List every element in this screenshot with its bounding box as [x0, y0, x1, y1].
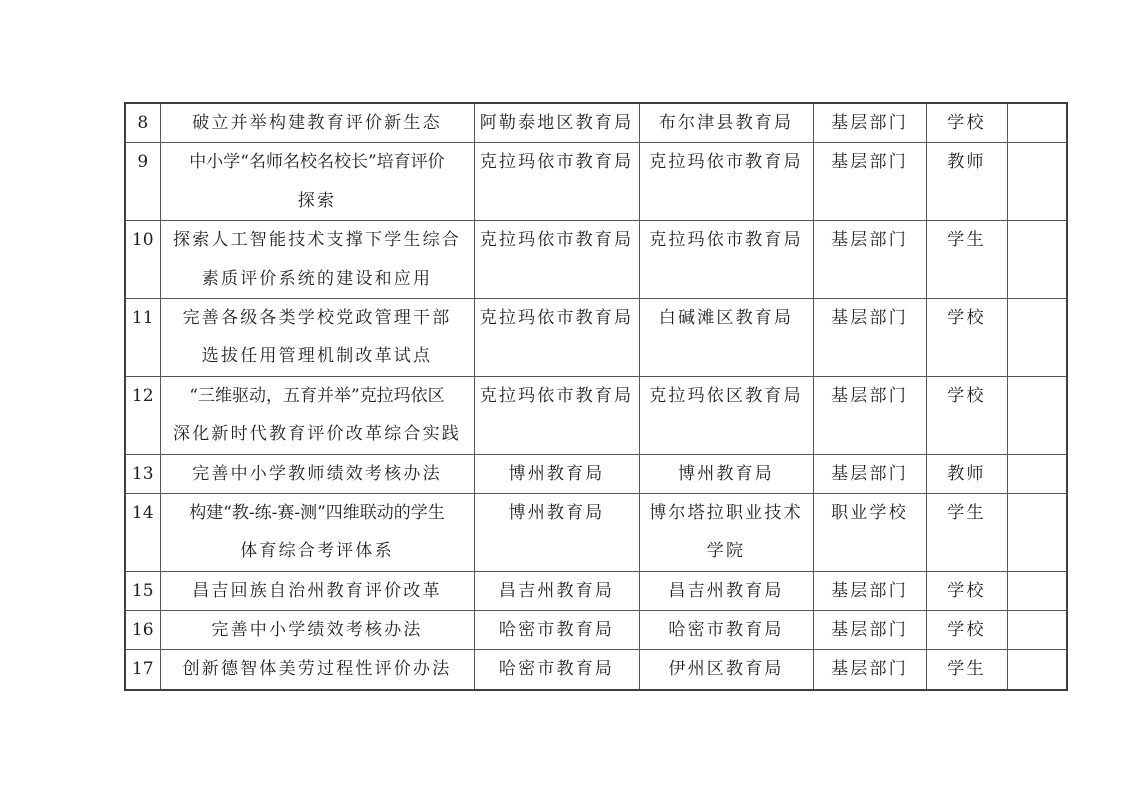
project-name-cell: 昌吉回族自治州教育评价改革 [160, 571, 474, 610]
row-number-cell: 8 [125, 103, 160, 143]
cell-text-line: 教师 [927, 143, 1007, 181]
empty-cell [1007, 143, 1067, 221]
project-name-cell: “三维驱动，五育并举”克拉玛依区深化新时代教育评价改革综合实践 [160, 376, 474, 454]
cell-text-line: 阿勒泰地区教育局 [475, 104, 639, 142]
empty-cell [1007, 298, 1067, 376]
category-cell: 基层部门 [813, 103, 926, 143]
target-cell: 学校 [926, 571, 1007, 610]
target-cell: 学校 [926, 103, 1007, 143]
cell-text-line: 克拉玛依市教育局 [475, 377, 639, 415]
cell-text-line: 10 [126, 221, 160, 259]
cell-text-line: 昌吉州教育局 [640, 572, 813, 610]
implementing-org-cell: 克拉玛依市教育局 [639, 221, 813, 299]
cell-text-line: 布尔津县教育局 [640, 104, 813, 142]
cell-text-line: 11 [126, 299, 160, 337]
cell-text-line: 教师 [927, 455, 1007, 493]
cell-text-line: 学生 [927, 494, 1007, 532]
target-cell: 教师 [926, 454, 1007, 493]
recommending-org-cell: 哈密市教育局 [474, 611, 639, 650]
cell-text-line: 基层部门 [814, 377, 926, 415]
cell-text-line: 克拉玛依区教育局 [640, 377, 813, 415]
row-number-cell: 15 [125, 571, 160, 610]
cell-text-line: 17 [126, 650, 160, 688]
project-name-cell: 构建“教-练-赛-测”四维联动的学生体育综合考评体系 [160, 493, 474, 571]
table-row: 13完善中小学教师绩效考核办法博州教育局博州教育局基层部门教师 [125, 454, 1067, 493]
empty-cell [1007, 221, 1067, 299]
recommending-org-cell: 克拉玛依市教育局 [474, 376, 639, 454]
category-cell: 基层部门 [813, 571, 926, 610]
cell-text-line: 昌吉回族自治州教育评价改革 [161, 572, 474, 610]
cell-text-line: 伊州区教育局 [640, 650, 813, 688]
cell-text-line: 博州教育局 [640, 455, 813, 493]
cell-text-line: 基层部门 [814, 143, 926, 181]
cell-text-line: 克拉玛依市教育局 [475, 221, 639, 259]
table-row: 11完善各级各类学校党政管理干部选拔任用管理机制改革试点克拉玛依市教育局白碱滩区… [125, 298, 1067, 376]
cell-text-line: 完善中小学绩效考核办法 [161, 611, 474, 649]
cell-text-line: 学院 [640, 532, 813, 570]
cell-text-line: 博州教育局 [475, 494, 639, 532]
project-name-cell: 中小学“名师名校名校长”培育评价探索 [160, 143, 474, 221]
cell-text-line: “三维驱动，五育并举”克拉玛依区 [161, 377, 474, 415]
row-number-cell: 9 [125, 143, 160, 221]
cell-text-line: 哈密市教育局 [475, 650, 639, 688]
cell-text-line: 昌吉州教育局 [475, 572, 639, 610]
category-cell: 基层部门 [813, 650, 926, 690]
cell-text-line: 创新德智体美劳过程性评价办法 [161, 650, 474, 688]
cell-text-line: 基层部门 [814, 611, 926, 649]
implementing-org-cell: 克拉玛依市教育局 [639, 143, 813, 221]
project-name-cell: 完善中小学绩效考核办法 [160, 611, 474, 650]
target-cell: 教师 [926, 143, 1007, 221]
category-cell: 基层部门 [813, 221, 926, 299]
table-row: 16完善中小学绩效考核办法哈密市教育局哈密市教育局基层部门学校 [125, 611, 1067, 650]
cell-text-line: 15 [126, 572, 160, 610]
cell-text-line: 12 [126, 377, 160, 415]
empty-cell [1007, 493, 1067, 571]
target-cell: 学生 [926, 650, 1007, 690]
cell-text-line: 体育综合考评体系 [161, 532, 474, 570]
cell-text-line: 选拔任用管理机制改革试点 [161, 337, 474, 375]
empty-cell [1007, 376, 1067, 454]
cell-text-line: 克拉玛依市教育局 [640, 221, 813, 259]
implementing-org-cell: 哈密市教育局 [639, 611, 813, 650]
row-number-cell: 14 [125, 493, 160, 571]
cell-text-line: 构建“教-练-赛-测”四维联动的学生 [161, 494, 474, 532]
recommending-org-cell: 哈密市教育局 [474, 650, 639, 690]
cell-text-line: 学校 [927, 572, 1007, 610]
cell-text-line: 13 [126, 455, 160, 493]
cell-text-line: 素质评价系统的建设和应用 [161, 260, 474, 298]
cell-text-line: 完善中小学教师绩效考核办法 [161, 455, 474, 493]
category-cell: 基层部门 [813, 611, 926, 650]
category-cell: 基层部门 [813, 143, 926, 221]
recommending-org-cell: 克拉玛依市教育局 [474, 221, 639, 299]
row-number-cell: 13 [125, 454, 160, 493]
document-page: 8破立并举构建教育评价新生态阿勒泰地区教育局布尔津县教育局基层部门学校9中小学“… [0, 0, 1122, 793]
cell-text-line: 基层部门 [814, 221, 926, 259]
cell-text-line: 克拉玛依市教育局 [640, 143, 813, 181]
implementing-org-cell: 布尔津县教育局 [639, 103, 813, 143]
table-row: 17创新德智体美劳过程性评价办法哈密市教育局伊州区教育局基层部门学生 [125, 650, 1067, 690]
table-row: 8破立并举构建教育评价新生态阿勒泰地区教育局布尔津县教育局基层部门学校 [125, 103, 1067, 143]
cell-text-line: 完善各级各类学校党政管理干部 [161, 299, 474, 337]
empty-cell [1007, 650, 1067, 690]
cell-text-line: 学校 [927, 104, 1007, 142]
table-row: 9中小学“名师名校名校长”培育评价探索克拉玛依市教育局克拉玛依市教育局基层部门教… [125, 143, 1067, 221]
cell-text-line: 哈密市教育局 [475, 611, 639, 649]
cell-text-line: 学校 [927, 377, 1007, 415]
table-row: 15昌吉回族自治州教育评价改革昌吉州教育局昌吉州教育局基层部门学校 [125, 571, 1067, 610]
target-cell: 学生 [926, 221, 1007, 299]
projects-table-body: 8破立并举构建教育评价新生态阿勒泰地区教育局布尔津县教育局基层部门学校9中小学“… [125, 103, 1067, 690]
cell-text-line: 基层部门 [814, 455, 926, 493]
implementing-org-cell: 克拉玛依区教育局 [639, 376, 813, 454]
table-row: 12“三维驱动，五育并举”克拉玛依区深化新时代教育评价改革综合实践克拉玛依市教育… [125, 376, 1067, 454]
table-row: 10探索人工智能技术支撑下学生综合素质评价系统的建设和应用克拉玛依市教育局克拉玛… [125, 221, 1067, 299]
cell-text-line: 14 [126, 494, 160, 532]
project-name-cell: 创新德智体美劳过程性评价办法 [160, 650, 474, 690]
category-cell: 基层部门 [813, 454, 926, 493]
implementing-org-cell: 白碱滩区教育局 [639, 298, 813, 376]
cell-text-line: 探索 [161, 182, 474, 220]
recommending-org-cell: 昌吉州教育局 [474, 571, 639, 610]
recommending-org-cell: 阿勒泰地区教育局 [474, 103, 639, 143]
empty-cell [1007, 103, 1067, 143]
implementing-org-cell: 昌吉州教育局 [639, 571, 813, 610]
cell-text-line: 白碱滩区教育局 [640, 299, 813, 337]
cell-text-line: 中小学“名师名校名校长”培育评价 [161, 143, 474, 181]
cell-text-line: 职业学校 [814, 494, 926, 532]
cell-text-line: 博尔塔拉职业技术 [640, 494, 813, 532]
target-cell: 学校 [926, 298, 1007, 376]
cell-text-line: 基层部门 [814, 572, 926, 610]
project-name-cell: 探索人工智能技术支撑下学生综合素质评价系统的建设和应用 [160, 221, 474, 299]
recommending-org-cell: 博州教育局 [474, 493, 639, 571]
project-name-cell: 破立并举构建教育评价新生态 [160, 103, 474, 143]
empty-cell [1007, 571, 1067, 610]
implementing-org-cell: 博尔塔拉职业技术学院 [639, 493, 813, 571]
project-name-cell: 完善中小学教师绩效考核办法 [160, 454, 474, 493]
empty-cell [1007, 454, 1067, 493]
recommending-org-cell: 克拉玛依市教育局 [474, 298, 639, 376]
cell-text-line: 基层部门 [814, 650, 926, 688]
recommending-org-cell: 博州教育局 [474, 454, 639, 493]
cell-text-line: 学校 [927, 611, 1007, 649]
category-cell: 基层部门 [813, 298, 926, 376]
recommending-org-cell: 克拉玛依市教育局 [474, 143, 639, 221]
cell-text-line: 9 [126, 143, 160, 181]
cell-text-line: 学生 [927, 650, 1007, 688]
target-cell: 学校 [926, 611, 1007, 650]
table-row: 14构建“教-练-赛-测”四维联动的学生体育综合考评体系博州教育局博尔塔拉职业技… [125, 493, 1067, 571]
cell-text-line: 基层部门 [814, 299, 926, 337]
cell-text-line: 学生 [927, 221, 1007, 259]
cell-text-line: 深化新时代教育评价改革综合实践 [161, 415, 474, 453]
row-number-cell: 16 [125, 611, 160, 650]
project-name-cell: 完善各级各类学校党政管理干部选拔任用管理机制改革试点 [160, 298, 474, 376]
implementing-org-cell: 博州教育局 [639, 454, 813, 493]
cell-text-line: 探索人工智能技术支撑下学生综合 [161, 221, 474, 259]
cell-text-line: 克拉玛依市教育局 [475, 299, 639, 337]
cell-text-line: 克拉玛依市教育局 [475, 143, 639, 181]
target-cell: 学生 [926, 493, 1007, 571]
row-number-cell: 17 [125, 650, 160, 690]
empty-cell [1007, 611, 1067, 650]
row-number-cell: 11 [125, 298, 160, 376]
category-cell: 基层部门 [813, 376, 926, 454]
category-cell: 职业学校 [813, 493, 926, 571]
cell-text-line: 博州教育局 [475, 455, 639, 493]
cell-text-line: 破立并举构建教育评价新生态 [161, 104, 474, 142]
cell-text-line: 8 [126, 104, 160, 142]
implementing-org-cell: 伊州区教育局 [639, 650, 813, 690]
cell-text-line: 基层部门 [814, 104, 926, 142]
cell-text-line: 哈密市教育局 [640, 611, 813, 649]
target-cell: 学校 [926, 376, 1007, 454]
projects-table: 8破立并举构建教育评价新生态阿勒泰地区教育局布尔津县教育局基层部门学校9中小学“… [124, 102, 1068, 691]
cell-text-line: 学校 [927, 299, 1007, 337]
row-number-cell: 10 [125, 221, 160, 299]
row-number-cell: 12 [125, 376, 160, 454]
cell-text-line: 16 [126, 611, 160, 649]
